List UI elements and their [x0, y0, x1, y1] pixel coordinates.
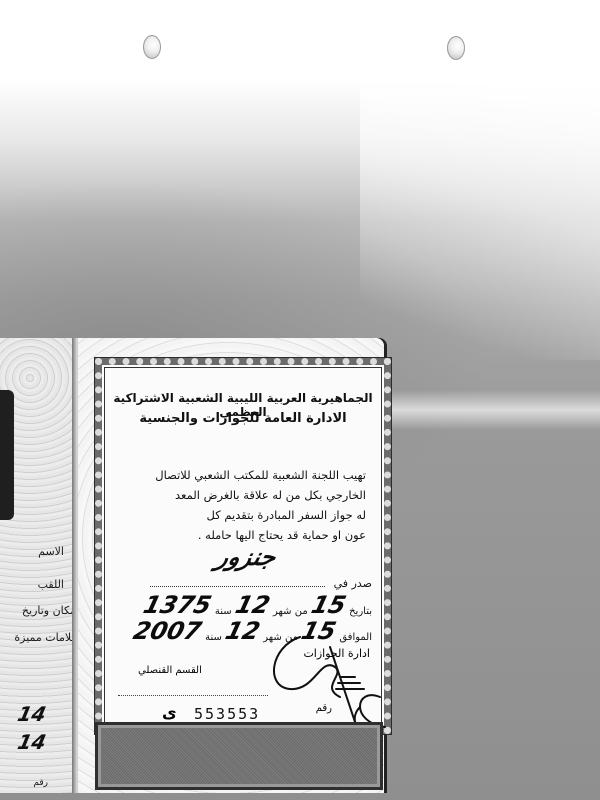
- hijri-month-label: من شهر: [273, 606, 308, 617]
- label-marks: علامات مميزة: [14, 631, 78, 644]
- photo-area: [0, 390, 14, 520]
- gregorian-date-row: الموافق 15 من شهر 12 سنة 2007: [114, 619, 372, 643]
- punch-hole-left: [143, 35, 161, 59]
- request-line-3: له جواز السفر المبادرة بتقديم كل: [120, 505, 366, 525]
- department-label: ادارة الجوازات: [303, 647, 370, 660]
- hijri-day: 15: [309, 593, 348, 617]
- punch-hole-right: [447, 36, 465, 60]
- serial-number: 553553: [194, 705, 260, 723]
- request-line-4: عون او حماية قد يحتاج اليها حامله .: [120, 525, 366, 545]
- handwritten-mark-1: 14: [15, 702, 48, 726]
- scanner-light-band: [380, 390, 600, 430]
- gregorian-prefix-label: الموافق: [339, 632, 372, 643]
- request-line-2: الخارجي بكل من له علاقة بالغرض المعد: [120, 485, 366, 505]
- ornamental-frame: الجماهيرية العربية الليبية الشعبية الاشت…: [95, 358, 391, 734]
- gregorian-day: 15: [299, 619, 338, 643]
- hijri-year: 1375: [141, 593, 214, 617]
- consular-section-label: القسم القنصلي: [138, 665, 202, 676]
- label-name: الاسم: [38, 545, 64, 558]
- request-line-1: تهيب اللجنة الشعبية للمكتب الشعبي للاتصا…: [120, 465, 366, 485]
- header-department: الادارة العامة للجوازات والجنسية: [102, 411, 384, 426]
- hijri-month: 12: [233, 593, 272, 617]
- request-text: تهيب اللجنة الشعبية للمكتب الشعبي للاتصا…: [120, 465, 366, 545]
- gregorian-year-label: سنة: [205, 632, 222, 643]
- signature-dotted-line: [118, 695, 268, 696]
- issued-dots: [150, 586, 325, 587]
- gregorian-month: 12: [223, 619, 262, 643]
- left-passport-page: الاسم اللقب مكان وتاريخ علامات مميزة 14 …: [0, 338, 75, 793]
- gregorian-year: 2007: [131, 619, 204, 643]
- label-place-date: مكان وتاريخ: [22, 604, 76, 617]
- handwritten-issue-place: جنزور: [213, 543, 279, 571]
- hijri-date-row: بتاريخ 15 من شهر 12 سنة 1375: [114, 593, 372, 617]
- label-surname: اللقب: [38, 578, 64, 591]
- machine-readable-zone: [95, 722, 383, 790]
- serial-prefix: ى: [162, 703, 177, 722]
- number-label: رقم: [316, 703, 332, 714]
- gregorian-month-label: من شهر: [263, 632, 298, 643]
- handwritten-mark-2: 14: [15, 730, 48, 754]
- hijri-prefix-label: بتاريخ: [349, 606, 372, 617]
- left-footer-label: رقم: [33, 778, 48, 788]
- issued-label: صدر في: [334, 577, 372, 590]
- hijri-year-label: سنة: [215, 606, 232, 617]
